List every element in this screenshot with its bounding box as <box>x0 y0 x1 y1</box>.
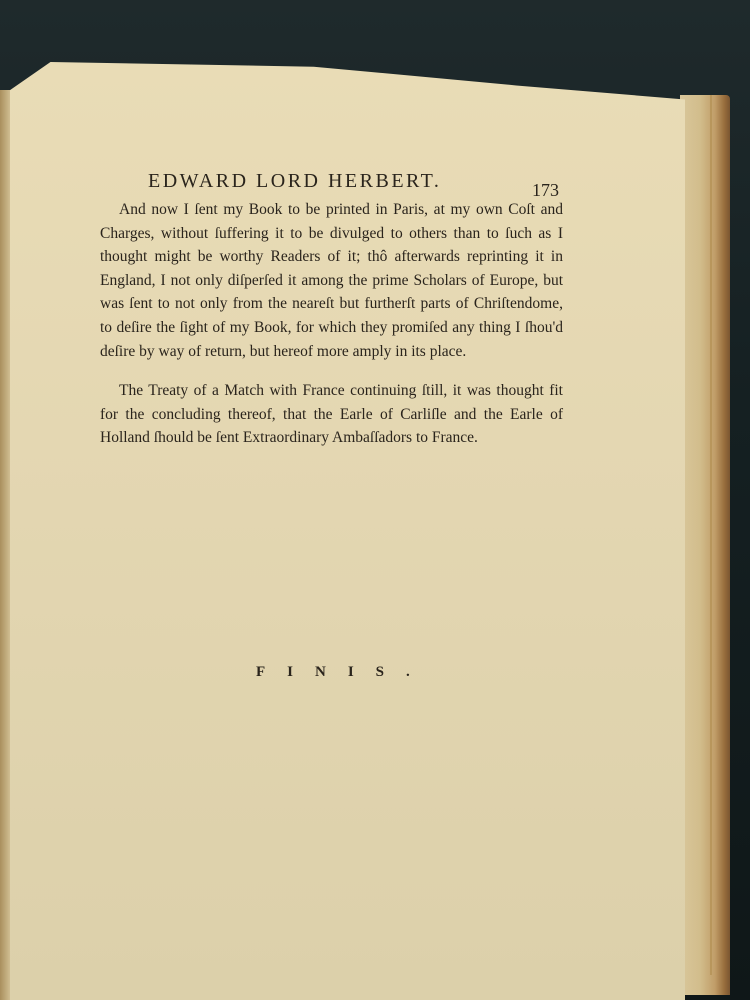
page-content: EDWARD LORD HERBERT. 173 And now I ſent … <box>100 168 563 450</box>
running-title: EDWARD LORD HERBERT. <box>148 170 441 193</box>
finis-closing: FINIS. <box>256 664 432 681</box>
paragraph: The Treaty of a Match with France contin… <box>100 379 563 450</box>
running-head: EDWARD LORD HERBERT. 173 <box>100 168 563 198</box>
page-edge-line <box>710 95 712 975</box>
book-page-stack <box>680 95 730 995</box>
page-number: 173 <box>532 180 559 201</box>
paragraph: And now I ſent my Book to be printed in … <box>100 198 563 363</box>
